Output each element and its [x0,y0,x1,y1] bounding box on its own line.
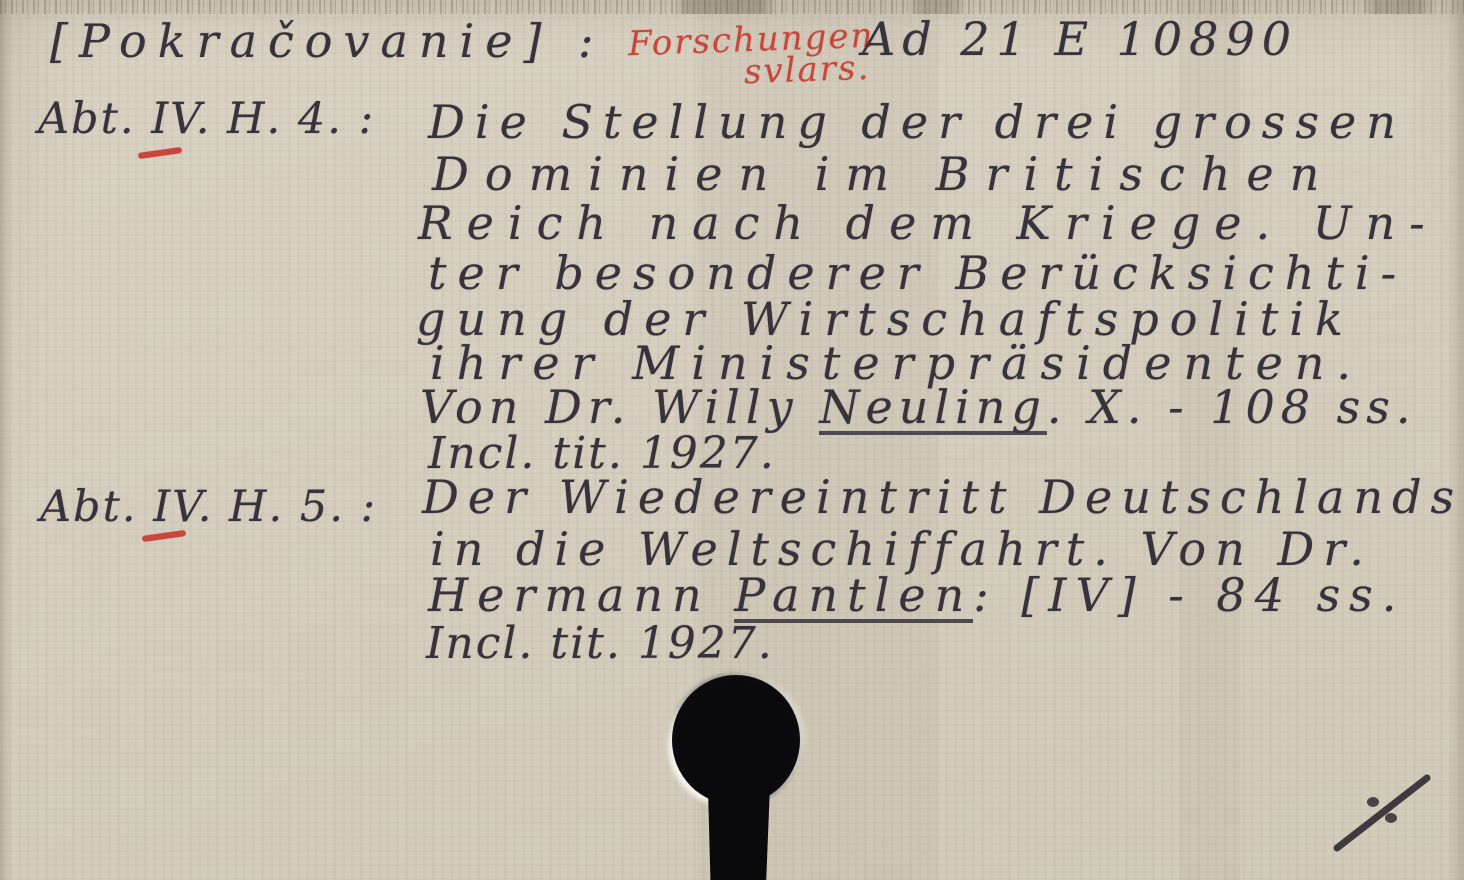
entry-1-title-line: Die Stellung der drei grossen [428,95,1406,149]
red-dash-under-roman-numeral [138,147,182,159]
entry-2-section-label: Abt. IV. H. 5. : [40,482,377,532]
entry-2-byline: Hermann Pantlen: [IV] - 84 ss. [428,568,1405,623]
slash-with-dots-check-mark [1323,768,1443,863]
red-serial-note: svlars. [743,48,871,92]
byline-suffix: : [IV] - 84 ss. [973,568,1405,622]
byline-suffix: . X. - 108 ss. [1047,380,1417,434]
right-edge-shadow [1448,0,1464,880]
entry-1-title-line: Reich nach dem Kriege. Un- [418,196,1439,250]
continuation-note: [Pokračovanie] : [50,14,605,68]
byline-prefix: Von Dr. Willy [420,380,819,434]
byline-prefix: Hermann [428,568,734,622]
left-edge-shadow [0,0,12,880]
entry-2-title-line: Der Wiedereintritt Deutschlands [422,470,1463,524]
entry-2-collation-note: Incl. tit. 1927. [426,618,774,669]
keyhole-punch-slot [705,778,773,880]
call-number: Ad 21 E 10890 [862,12,1298,66]
author-name-underlined: Pantlen [734,572,973,623]
author-name-underlined: Neuling [819,384,1047,435]
entry-1-section-label: Abt. IV. H. 4. : [38,94,375,144]
catalog-card: [Pokračovanie] : Forschungen svlars. Ad … [0,0,1464,880]
entry-1-title-line: Dominien im Britischen [432,147,1335,201]
entry-1-byline: Von Dr. Willy Neuling. X. - 108 ss. [420,380,1417,435]
